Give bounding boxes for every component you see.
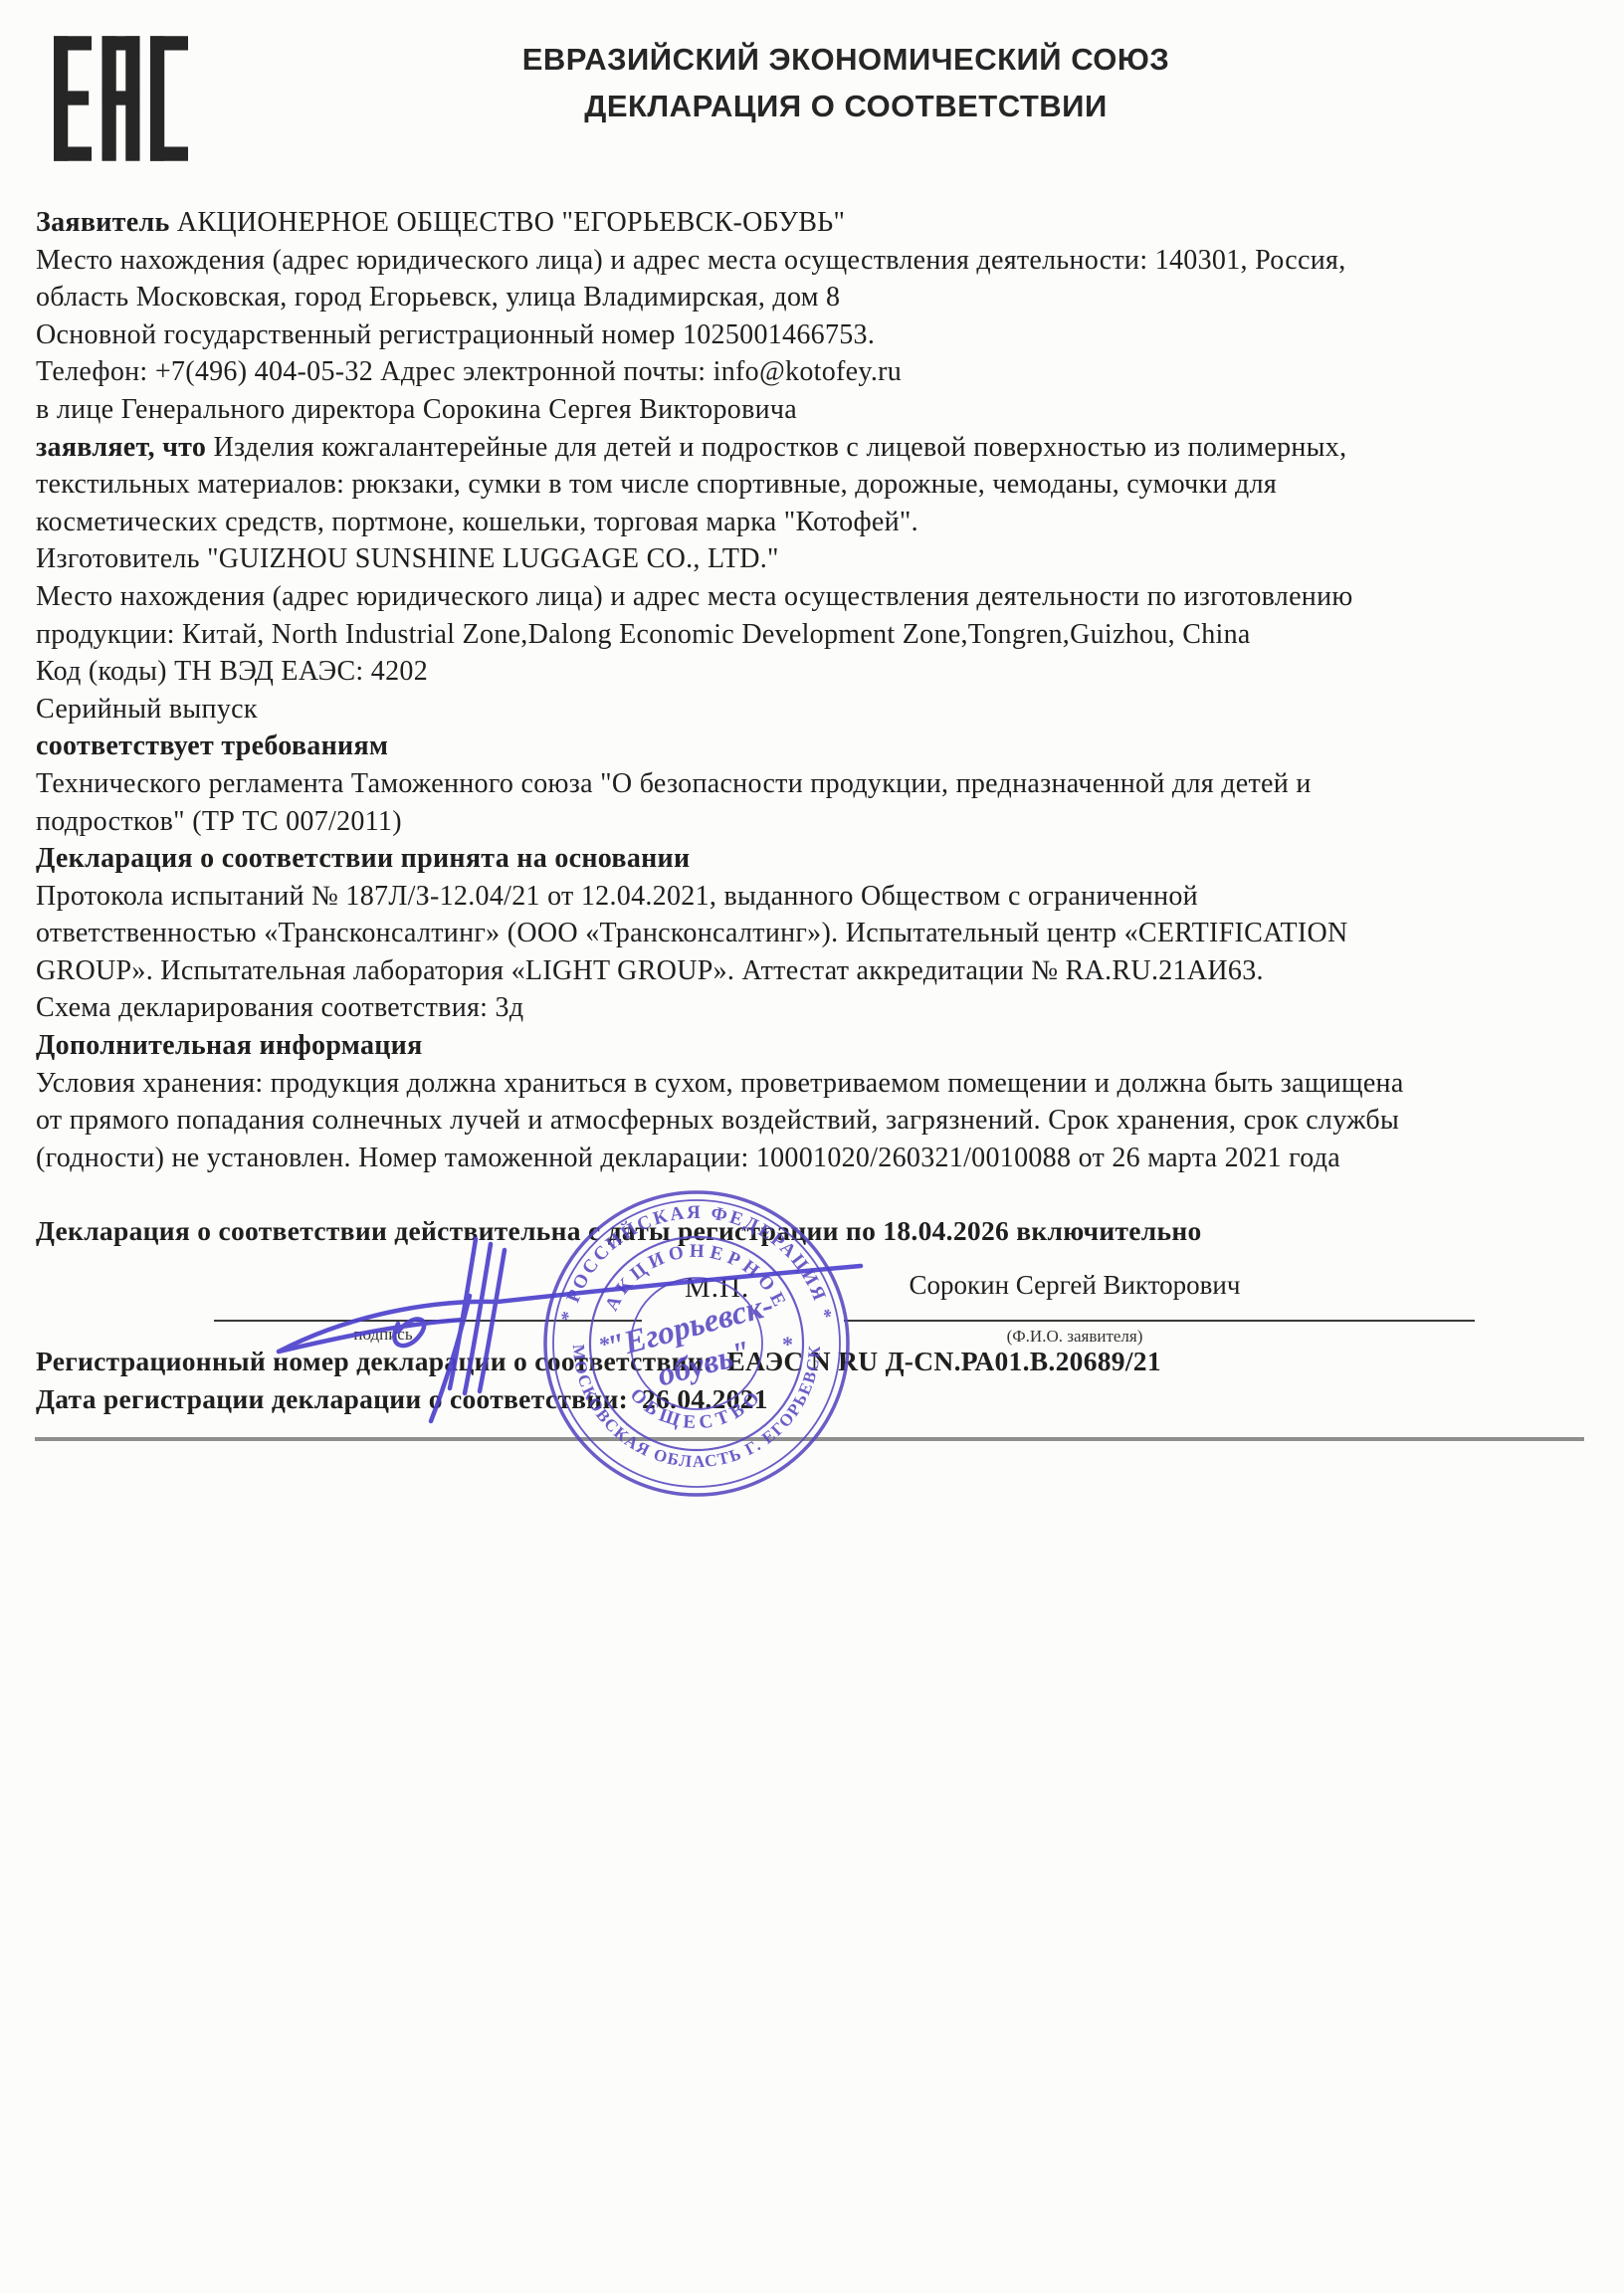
eac-logo xyxy=(54,35,188,162)
body-line-8: текстильных материалов: рюкзаки, сумки в… xyxy=(36,466,1588,504)
body-line-17: подростков" (ТР ТС 007/2011) xyxy=(36,803,1588,841)
body-line-13: Код (коды) ТН ВЭД ЕАЭС: 4202 xyxy=(36,653,1588,691)
document-page: ЕВРАЗИЙСКИЙ ЭКОНОМИЧЕСКИЙ СОЮЗ ДЕКЛАРАЦИ… xyxy=(0,0,1624,2293)
body-line-21: GROUP». Испытательная лаборатория «LIGHT… xyxy=(36,952,1588,990)
body-line-10: Изготовитель "GUIZHOU SUNSHINE LUGGAGE C… xyxy=(36,540,1588,578)
body-line-14: Серийный выпуск xyxy=(36,691,1588,729)
body-line-16: Технического регламента Таможенного союз… xyxy=(36,765,1588,803)
body-line-12: продукции: Китай, North Industrial Zone,… xyxy=(36,616,1588,654)
body-line-1: Заявитель АКЦИОНЕРНОЕ ОБЩЕСТВО "ЕГОРЬЕВС… xyxy=(36,204,1588,242)
body-line-18: Декларация о соответствии принята на осн… xyxy=(36,840,1588,878)
title-line-2: ДЕКЛАРАЦИЯ О СООТВЕТСТВИИ xyxy=(299,83,1393,129)
body-line-2: Место нахождения (адрес юридического лиц… xyxy=(36,242,1588,280)
body-line-26: (годности) не установлен. Номер таможенн… xyxy=(36,1140,1588,1177)
body-line-5: Телефон: +7(496) 404-05-32 Адрес электро… xyxy=(36,353,1588,391)
body-line-11: Место нахождения (адрес юридического лиц… xyxy=(36,578,1588,616)
body-line-22: Схема декларирования соответствия: 3д xyxy=(36,989,1588,1027)
body-line-24: Условия хранения: продукция должна храни… xyxy=(36,1065,1588,1103)
body-line-20: ответственностью «Трансконсалтинг» (ООО … xyxy=(36,915,1588,952)
body-line-15: соответствует требованиям xyxy=(36,728,1588,765)
body-line-7: заявляет, что Изделия кожгалантерейные д… xyxy=(36,429,1588,467)
body-line-3: область Московская, город Егорьевск, ули… xyxy=(36,279,1588,316)
handwritten-signature xyxy=(199,1224,896,1433)
body-text: Заявитель АКЦИОНЕРНОЕ ОБЩЕСТВО "ЕГОРЬЕВС… xyxy=(36,204,1588,1176)
title-line-1: ЕВРАЗИЙСКИЙ ЭКОНОМИЧЕСКИЙ СОЮЗ xyxy=(299,36,1393,83)
body-line-9: косметических средств, портмоне, кошельк… xyxy=(36,504,1588,541)
body-line-6: в лице Генерального директора Сорокина С… xyxy=(36,391,1588,429)
body-line-4: Основной государственный регистрационный… xyxy=(36,316,1588,354)
body-line-23: Дополнительная информация xyxy=(36,1027,1588,1065)
applicant-name-line xyxy=(844,1320,1475,1322)
document-title: ЕВРАЗИЙСКИЙ ЭКОНОМИЧЕСКИЙ СОЮЗ ДЕКЛАРАЦИ… xyxy=(299,36,1393,129)
body-line-19: Протокола испытаний № 187Л/З-12.04/21 от… xyxy=(36,878,1588,916)
body-line-25: от прямого попадания солнечных лучей и а… xyxy=(36,1102,1588,1140)
applicant-name: Сорокин Сергей Викторович xyxy=(846,1270,1304,1301)
applicant-name-caption: (Ф.И.О. заявителя) xyxy=(846,1327,1304,1347)
